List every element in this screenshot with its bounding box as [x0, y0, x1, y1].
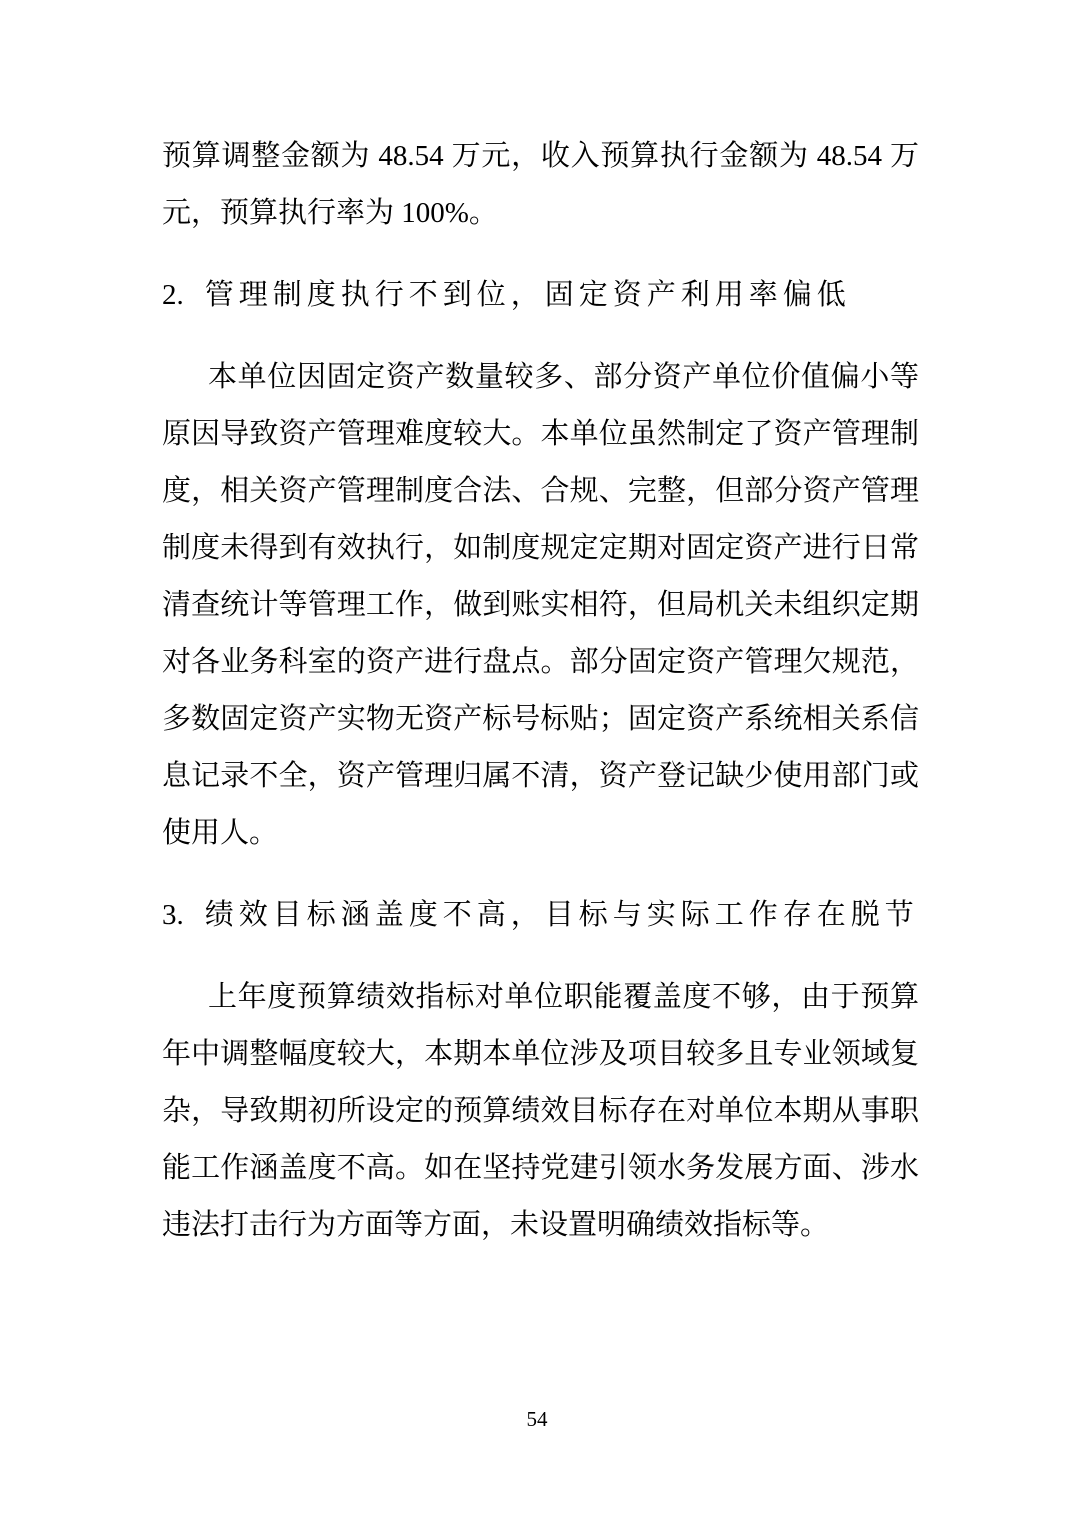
heading-number: 2.: [162, 279, 184, 311]
paragraph-asset-management-issues: 本单位因固定资产数量较多、部分资产单位价值偏小等原因导致资产管理难度较大。本单位…: [162, 349, 919, 862]
heading-number: 3.: [162, 899, 184, 931]
heading-asset-management: 2.管理制度执行不到位，固定资产利用率偏低: [162, 267, 919, 324]
page-number: 54: [527, 1407, 548, 1431]
page-content: 预算调整金额为 48.54 万元，收入预算执行金额为 48.54 万元，预算执行…: [162, 128, 919, 1254]
document-page: 预算调整金额为 48.54 万元，收入预算执行金额为 48.54 万元，预算执行…: [0, 0, 1074, 1520]
paragraph-budget-execution: 预算调整金额为 48.54 万元，收入预算执行金额为 48.54 万元，预算执行…: [162, 128, 919, 242]
heading-title: 管理制度执行不到位，固定资产利用率偏低: [205, 279, 851, 311]
paragraph-performance-target-issues: 上年度预算绩效指标对单位职能覆盖度不够，由于预算年中调整幅度较大，本期本单位涉及…: [162, 969, 919, 1254]
heading-title: 绩效目标涵盖度不高，目标与实际工作存在脱节: [205, 899, 919, 931]
page-footer: 54: [0, 1406, 1074, 1432]
heading-performance-targets: 3.绩效目标涵盖度不高，目标与实际工作存在脱节: [162, 887, 919, 944]
